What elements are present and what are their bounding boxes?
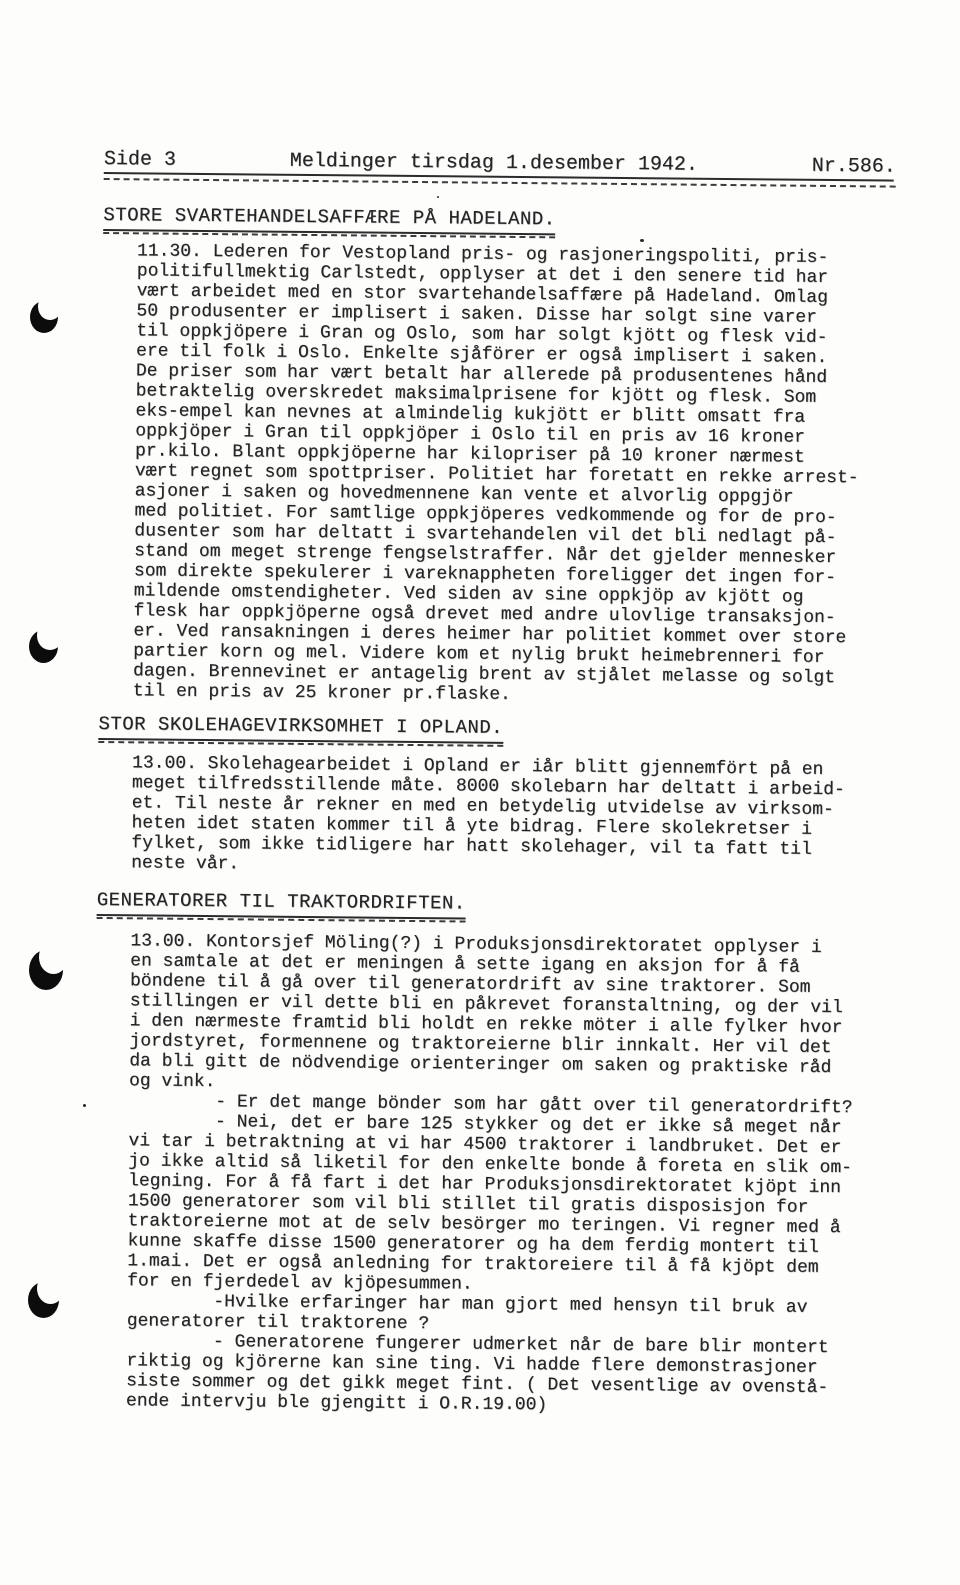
section-heading: GENERATORER TIL TRAKTORDRIFTEN. [97,889,466,920]
sections-container: STORE SVARTEHANDELSAFFÆRE PÅ HADELAND.11… [92,204,896,1419]
news-section: STORE SVARTEHANDELSAFFÆRE PÅ HADELAND.11… [99,204,896,709]
binder-crescent-mark [29,630,58,663]
section-body: 13.00. Kontorsjef Möling(?) i Produksjon… [92,931,889,1419]
section-body: 13.00. Skolehagearbeidet i Opland er iår… [97,753,890,881]
page-number-label: Side 3 [104,148,176,173]
binder-crescent-mark [29,950,63,990]
document-title: Meldinger tirsdag 1.desember 1942. [290,150,698,178]
issue-number: Nr.586. [812,155,896,180]
news-section: GENERATORER TIL TRAKTORDRIFTEN.13.00. Ko… [92,889,889,1419]
news-section: STOR SKOLEHAGEVIRKSOMHET I OPLAND.13.00.… [97,713,890,881]
page-header: Side 3 Meldinger tirsdag 1.desember 1942… [104,148,896,184]
section-heading: STOR SKOLEHAGEVIRKSOMHET I OPLAND. [98,713,503,744]
binder-crescent-mark [28,1282,59,1318]
section-heading: STORE SVARTEHANDELSAFFÆRE PÅ HADELAND. [103,204,556,235]
binder-crescent-mark [30,301,58,333]
ink-speck [83,1104,86,1107]
section-body: 11.30. Lederen for Vestopland pris- og r… [99,241,895,709]
document-page: Side 3 Meldinger tirsdag 1.desember 1942… [0,0,960,1585]
page-content: Side 3 Meldinger tirsdag 1.desember 1942… [92,148,896,1419]
